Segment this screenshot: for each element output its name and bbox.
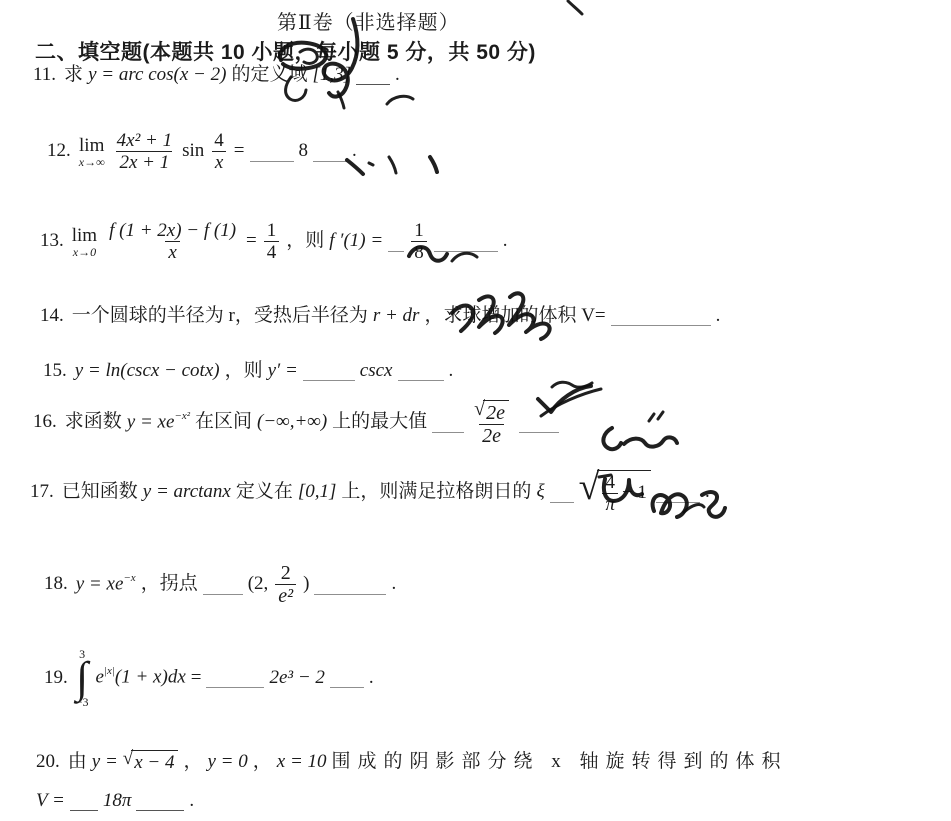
q12-lim-sub: x→∞ xyxy=(79,156,105,168)
q13-text-1: ，则 xyxy=(286,230,324,253)
q12-frac2-num: 4 xyxy=(211,130,227,151)
q20-radicand: x − 4 xyxy=(131,750,178,775)
q18-blank-1 xyxy=(203,593,243,595)
question-11: 11. 求 y = arc cos(x − 2) 的定义域 [1,3] . xyxy=(33,64,400,87)
q16-blank-1 xyxy=(432,431,464,433)
q11-blank xyxy=(356,83,390,85)
q18-expression: y = xe−x xyxy=(76,573,136,596)
q12-blank-2 xyxy=(313,160,347,162)
q12-blank-1 xyxy=(250,160,294,162)
q12-frac2-den: x xyxy=(212,151,226,173)
q17-radicand-fraction: 4 π xyxy=(600,472,620,516)
q20-expr2: y = 0 xyxy=(208,751,248,774)
q15-text-1: ，则 xyxy=(225,360,263,383)
ink-q16-hook xyxy=(603,428,621,449)
q13-fraction: f (1 + 2x) − f (1) x xyxy=(104,220,241,264)
q20-radical: √x − 4 xyxy=(123,750,179,775)
q16-expr-exponent: −x² xyxy=(174,410,190,422)
q16-answer-num: √2e xyxy=(471,398,512,424)
q19-number: 19. xyxy=(44,667,68,690)
q17-xi: ξ xyxy=(536,481,544,504)
q16-answer-den: 2e xyxy=(479,424,504,447)
q19-integral-lower: −3 xyxy=(76,696,89,708)
q20-comma-2: ， xyxy=(253,751,272,774)
q18-answer-close: ) xyxy=(303,573,309,596)
q19-equals: = xyxy=(191,667,202,690)
q19-answer: 2e³ − 2 xyxy=(269,667,324,690)
ink-q12-dot xyxy=(369,163,373,165)
q18-expr-base: y = xe xyxy=(76,574,124,595)
ink-q12-tick-2 xyxy=(389,157,396,173)
section-title: 二、填空题(本题共 10 小题，每小题 5 分，共 50 分) xyxy=(35,36,536,66)
q13-blank-2 xyxy=(434,250,498,252)
ink-q16-ticks xyxy=(649,412,663,421)
q16-radical: √2e xyxy=(474,400,509,424)
page-header: 第Ⅱ卷（非选择题） xyxy=(277,6,460,35)
q18-blank-2 xyxy=(314,593,386,595)
q11-text-2: 的定义域 xyxy=(231,64,307,87)
q12-fraction-1: 4x² + 1 2x + 1 xyxy=(112,130,177,174)
q14-expression: r + dr xyxy=(373,305,420,328)
q17-radicand: 4 π − 1 xyxy=(597,470,651,516)
q12-frac1-num: 4x² + 1 xyxy=(114,130,175,151)
q19-blank-2 xyxy=(330,686,364,688)
q18-text-1: ，拐点 xyxy=(141,573,198,596)
q19-integrand-rest: (1 + x)dx xyxy=(115,667,186,688)
q13-result-num: 1 xyxy=(264,220,280,241)
question-18: 18. y = xe−x ，拐点 (2, 2 e² ) . xyxy=(44,562,396,608)
q20-expr3: x = 10 xyxy=(277,751,327,774)
q14-blank xyxy=(611,324,711,326)
q17-interval: [0,1] xyxy=(298,481,337,504)
q18-answer-fraction: 2 e² xyxy=(273,562,298,608)
q13-answer-num: 1 xyxy=(411,220,427,241)
ink-top-mark xyxy=(568,1,582,14)
question-15: 15. y = ln(cscx − cotx) ，则 y′ = cscx . xyxy=(43,360,453,383)
q18-answer-den: e² xyxy=(275,584,296,607)
q16-text-3: 上的最大值 xyxy=(332,411,427,434)
q17-radicand-den: π xyxy=(602,493,618,515)
q15-number: 15. xyxy=(43,360,67,383)
q14-text-2: ，求球增加的体积 V= xyxy=(424,305,605,328)
question-12: 12. lim x→∞ 4x² + 1 2x + 1 sin 4 x = 8 . xyxy=(47,130,357,174)
q13-result-fraction: 1 4 xyxy=(262,220,282,264)
q12-frac1-den: 2x + 1 xyxy=(116,151,172,173)
q19-blank-1 xyxy=(206,686,264,688)
q16-expr-base: y = xe xyxy=(127,412,175,433)
q17-expression: y = arctanx xyxy=(143,481,231,504)
question-14: 14. 一个圆球的半径为 r，受热后半径为 r + dr ，求球增加的体积 V=… xyxy=(40,305,720,328)
q19-integrand: e|x|(1 + x)dx xyxy=(96,666,186,689)
q13-blank-1 xyxy=(388,250,404,252)
q17-period: . xyxy=(705,481,710,504)
q12-equals: = xyxy=(234,140,245,163)
q17-number: 17. xyxy=(30,481,54,504)
q13-frac-den: x xyxy=(165,241,179,263)
q17-radical-sign: √ xyxy=(579,470,600,504)
q12-answer: 8 xyxy=(299,140,309,163)
q17-text-3: 上，则满足拉格朗日的 xyxy=(341,481,531,504)
q16-radicand: 2e xyxy=(483,400,509,424)
question-20-line-1: 20. 由 y = √x − 4 ， y = 0 ， x = 10 围成的阴影部… xyxy=(36,750,788,775)
q13-lim-word: lim xyxy=(72,226,97,245)
q20-comma-1: ， xyxy=(183,751,202,774)
q19-integrand-base: e xyxy=(96,667,104,688)
q19-period: . xyxy=(369,667,374,690)
q11-period: . xyxy=(395,64,400,87)
q12-period: . xyxy=(352,140,357,163)
q17-radicand-num: 4 xyxy=(602,472,618,493)
q16-answer-fraction: √2e 2e xyxy=(469,398,514,448)
q17-text-2: 定义在 xyxy=(236,481,293,504)
q15-period: . xyxy=(449,360,454,383)
q13-number: 13. xyxy=(40,230,64,253)
q17-blank-1 xyxy=(550,501,574,503)
q13-frac-num: f (1 + 2x) − f (1) xyxy=(106,220,239,241)
q13-fprime: f ′(1) = xyxy=(329,230,383,253)
q14-period: . xyxy=(716,305,721,328)
q13-answer-fraction: 1 8 xyxy=(409,220,429,264)
q12-fraction-2: 4 x xyxy=(209,130,229,174)
q20-number: 20. xyxy=(36,751,60,774)
q15-blank-1 xyxy=(303,379,355,381)
q13-limit: lim x→0 xyxy=(72,226,97,258)
ink-scribble-title-tail xyxy=(338,92,344,108)
q13-period: . xyxy=(503,230,508,253)
q13-lim-sub: x→0 xyxy=(73,246,96,258)
q13-result-den: 4 xyxy=(264,241,280,263)
q20-period: . xyxy=(189,790,194,813)
ink-q16-tilde xyxy=(552,382,592,387)
q15-yprime: y′ = xyxy=(268,360,298,383)
q14-text-1: 一个圆球的半径为 r，受热后半径为 xyxy=(72,305,368,328)
q15-blank-2 xyxy=(398,379,444,381)
q16-text-1: 求函数 xyxy=(65,411,122,434)
q16-number: 16. xyxy=(33,411,57,434)
q12-limit: lim x→∞ xyxy=(79,136,105,168)
q19-integral: 3 ∫ −3 xyxy=(76,648,89,708)
q18-period: . xyxy=(391,573,396,596)
q20-text-2: 围成的阴影部分绕 x 轴旋转得到的体积 xyxy=(332,751,788,774)
q18-number: 18. xyxy=(44,573,68,596)
q16-blank-2 xyxy=(519,431,559,433)
q18-expr-exponent: −x xyxy=(123,572,135,584)
q11-expression: y = arc cos(x − 2) xyxy=(88,64,226,87)
q12-lim-word: lim xyxy=(79,136,104,155)
q18-answer-open: (2, xyxy=(248,573,269,596)
q12-sin: sin xyxy=(182,140,204,163)
q15-expression: y = ln(cscx − cotx) xyxy=(75,360,220,383)
q15-answer: cscx xyxy=(360,360,393,383)
q13-equals: = xyxy=(246,230,257,253)
q16-expression: y = xe−x² xyxy=(127,411,190,434)
question-19: 19. 3 ∫ −3 e|x|(1 + x)dx = 2e³ − 2 . xyxy=(44,648,374,708)
ink-q16-squiggle xyxy=(624,437,677,446)
q17-text-1: 已知函数 xyxy=(62,481,138,504)
q20-blank-1 xyxy=(70,809,98,811)
q20-answer: 18π xyxy=(103,790,132,813)
ink-arc-under-q11-answer xyxy=(387,96,413,104)
q16-interval: (−∞,+∞) xyxy=(257,411,327,434)
q11-answer: [1,3] xyxy=(312,64,351,87)
q17-blank-2 xyxy=(656,501,700,503)
q13-answer-den: 8 xyxy=(411,241,427,263)
q19-integrand-exponent: |x| xyxy=(104,665,115,677)
q11-text-1: 求 xyxy=(64,64,83,87)
q19-integral-sign: ∫ xyxy=(76,660,88,696)
question-17: 17. 已知函数 y = arctanx 定义在 [0,1] 上，则满足拉格朗日… xyxy=(30,470,710,516)
q14-number: 14. xyxy=(40,305,64,328)
q11-number: 11. xyxy=(33,64,56,87)
q16-text-2: 在区间 xyxy=(195,411,252,434)
q12-number: 12. xyxy=(47,140,71,163)
q20-blank-2 xyxy=(136,809,184,811)
question-16: 16. 求函数 y = xe−x² 在区间 (−∞,+∞) 上的最大值 √2e … xyxy=(33,398,559,448)
q18-answer-num: 2 xyxy=(278,562,294,584)
ink-q12-tick-3 xyxy=(430,157,437,172)
question-13: 13. lim x→0 f (1 + 2x) − f (1) x = 1 4 ，… xyxy=(40,220,507,264)
q20-expr1-pre: y = xyxy=(92,751,118,774)
q17-answer-radical: √ 4 π − 1 xyxy=(579,470,651,516)
q20-v-equals: V = xyxy=(36,790,65,813)
question-20-line-2: V = 18π . xyxy=(36,790,194,813)
q17-minus-one: − 1 xyxy=(622,482,647,505)
q20-text-1: 由 xyxy=(68,751,87,774)
exam-page: 第Ⅱ卷（非选择题） 二、填空题(本题共 10 小题，每小题 5 分，共 50 分… xyxy=(0,0,951,821)
